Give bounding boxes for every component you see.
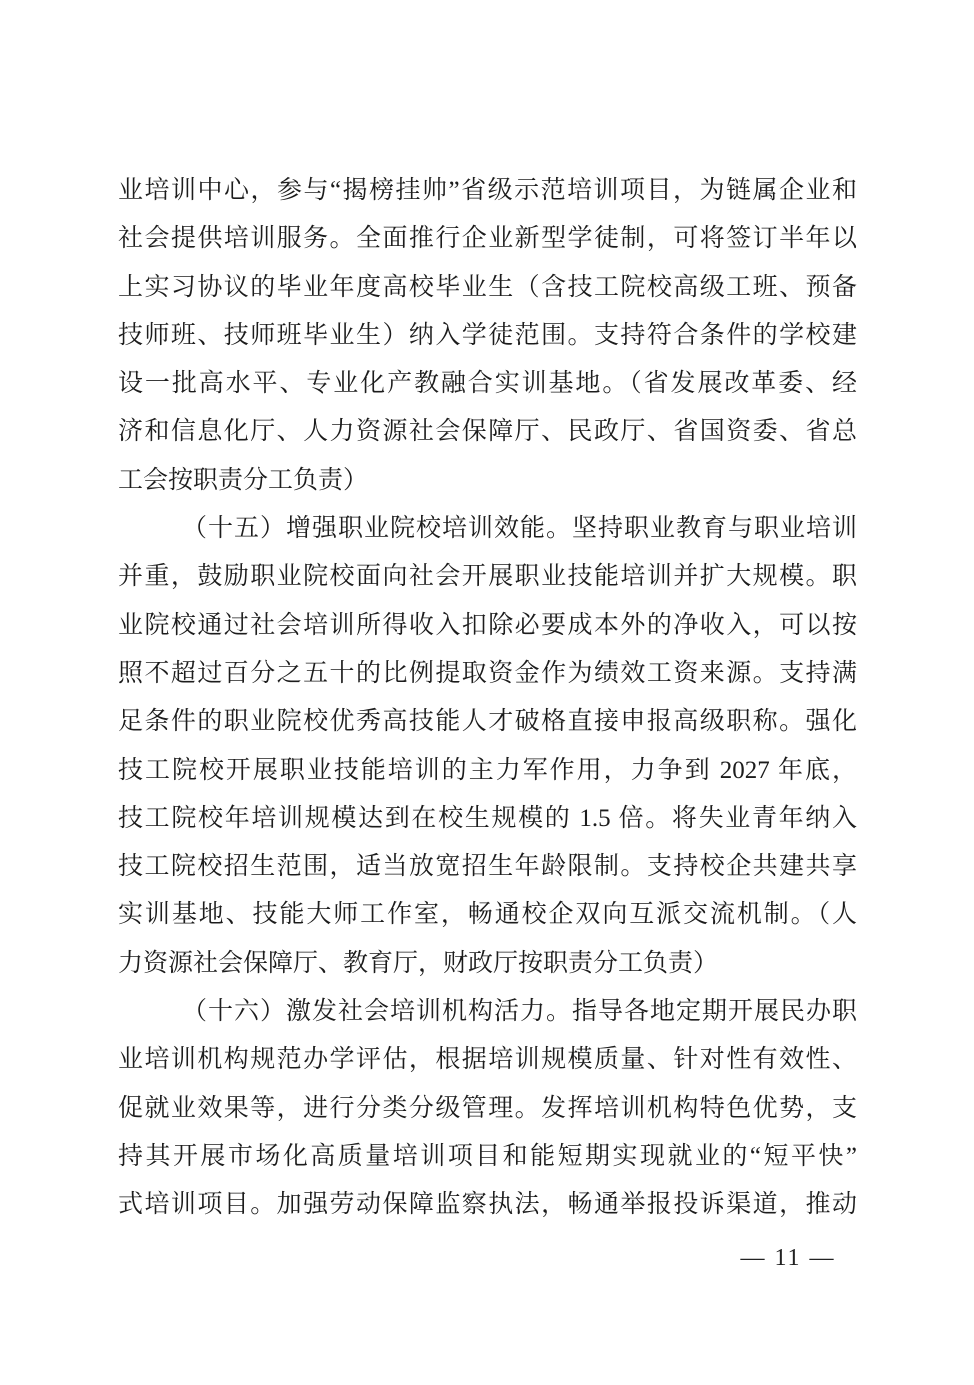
text-line: 上实习协议的毕业年度高校毕业生（含技工院校高级工班、预备 — [118, 264, 857, 312]
document-page: 业培训中心，参与“揭榜挂帅”省级示范培训项目，为链属企业和 社会提供培训服务。全… — [0, 0, 974, 1385]
text-line: 促就业效果等，进行分类分级管理。发挥培训机构特色优势，支 — [118, 1085, 857, 1133]
text-line: 技工院校招生范围，适当放宽招生年龄限制。支持校企共建共享 — [118, 843, 857, 891]
text-line: 设一批高水平、专业化产教融合实训基地。（省发展改革委、经 — [118, 360, 857, 408]
text-line-paragraph-end: 工会按职责分工负责） — [118, 457, 857, 505]
text-line: 照不超过百分之五十的比例提取资金作为绩效工资来源。支持满 — [118, 650, 857, 698]
text-line: 实训基地、技能大师工作室，畅通校企双向互派交流机制。（人 — [118, 891, 857, 939]
text-line: 业院校通过社会培训所得收入扣除必要成本外的净收入，可以按 — [118, 602, 857, 650]
text-line-item-16-start: （十六）激发社会培训机构活力。指导各地定期开展民办职 — [118, 988, 857, 1036]
text-line: 技工院校开展职业技能培训的主力军作用，力争到 2027 年底， — [118, 747, 857, 795]
text-line: 式培训项目。加强劳动保障监察执法，畅通举报投诉渠道，推动 — [118, 1181, 857, 1229]
text-line: 并重，鼓励职业院校面向社会开展职业技能培训并扩大规模。职 — [118, 553, 857, 601]
text-line: 足条件的职业院校优秀高技能人才破格直接申报高级职称。强化 — [118, 698, 857, 746]
text-line: 技师班、技师班毕业生）纳入学徒范围。支持符合条件的学校建 — [118, 312, 857, 360]
text-line: 社会提供培训服务。全面推行企业新型学徒制，可将签订半年以 — [118, 215, 857, 263]
text-line: 技工院校年培训规模达到在校生规模的 1.5 倍。将失业青年纳入 — [118, 795, 857, 843]
text-line: 业培训中心，参与“揭榜挂帅”省级示范培训项目，为链属企业和 — [118, 167, 857, 215]
text-line: 业培训机构规范办学评估，根据培训规模质量、针对性有效性、 — [118, 1036, 857, 1084]
text-line: 济和信息化厅、人力资源社会保障厅、民政厅、省国资委、省总 — [118, 408, 857, 456]
document-body: 业培训中心，参与“揭榜挂帅”省级示范培训项目，为链属企业和 社会提供培训服务。全… — [118, 167, 857, 1230]
text-line-paragraph-end: 力资源社会保障厅、教育厅，财政厅按职责分工负责） — [118, 940, 857, 988]
text-line: 持其开展市场化高质量培训项目和能短期实现就业的“短平快” — [118, 1133, 857, 1181]
text-line-item-15-start: （十五）增强职业院校培训效能。坚持职业教育与职业培训 — [118, 505, 857, 553]
page-number: — 11 — — [733, 1242, 843, 1274]
